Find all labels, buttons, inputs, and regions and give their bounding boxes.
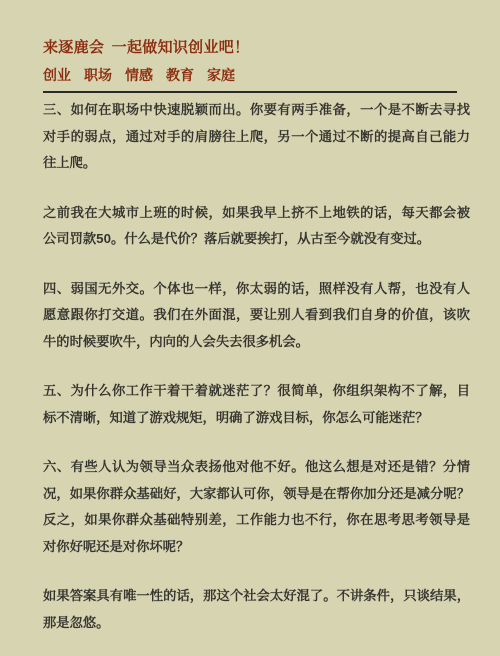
text-line: 况，如果你群众基础好，大家都认可你，领导是在帮你加分还是减分呢？ <box>43 481 470 508</box>
category-tags: 创业 职场 情感 教育 家庭 <box>43 66 500 84</box>
paragraph-5-confusion: 五、为什么你工作干着干着就迷茫了？很简单，你组织架构不了解，目 标不清晰，知道了… <box>43 378 470 431</box>
text-line: 三、如何在职场中快速脱颖而出。你要有两手准备，一个是不断去寻找 <box>43 97 470 124</box>
text-line: 之前我在大城市上班的时候，如果我早上挤不上地铁的话，每天都会被 <box>43 200 470 227</box>
paragraph-subway-fine: 之前我在大城市上班的时候，如果我早上挤不上地铁的话，每天都会被 公司罚款50。什… <box>43 200 470 253</box>
text-line: 对你好呢还是对你坏呢？ <box>43 534 470 561</box>
category-tag-qinggan: 情感 <box>125 66 153 84</box>
content-card: 来逐鹿会 一起做知识创业吧！ 创业 职场 情感 教育 家庭 三、如何在职场中快速… <box>0 0 500 656</box>
paragraph-conclusion: 如果答案具有唯一性的话，那这个社会太好混了。不讲条件，只谈结果， 那是忽悠。 <box>43 583 470 636</box>
text-line: 五、为什么你工作干着干着就迷茫了？很简单，你组织架构不了解，目 <box>43 378 470 405</box>
category-tag-chuangye: 创业 <box>43 66 71 84</box>
text-line: 四、弱国无外交。个体也一样，你太弱的话，照样没有人帮，也没有人 <box>43 276 470 303</box>
page-title: 来逐鹿会 一起做知识创业吧！ <box>43 38 500 58</box>
paragraph-6-praise: 六、有些人认为领导当众表扬他对他不好。他这么想是对还是错？分情 况，如果你群众基… <box>43 454 470 560</box>
category-tag-jiating: 家庭 <box>207 66 235 84</box>
text-line: 标不清晰，知道了游戏规矩，明确了游戏目标，你怎么可能迷茫？ <box>43 405 470 432</box>
text-line: 公司罚款50。什么是代价？落后就要挨打，从古至今就没有变过。 <box>43 226 470 253</box>
paragraph-4-weak-nation: 四、弱国无外交。个体也一样，你太弱的话，照样没有人帮，也没有人 愿意跟你打交道。… <box>43 276 470 356</box>
paragraph-3-career: 三、如何在职场中快速脱颖而出。你要有两手准备，一个是不断去寻找 对手的弱点，通过… <box>43 97 470 177</box>
article-body: 三、如何在职场中快速脱颖而出。你要有两手准备，一个是不断去寻找 对手的弱点，通过… <box>43 97 470 636</box>
category-tag-jiaoyu: 教育 <box>166 66 194 84</box>
text-line: 如果答案具有唯一性的话，那这个社会太好混了。不讲条件，只谈结果， <box>43 583 470 610</box>
header-divider <box>43 91 457 93</box>
category-tag-zhichang: 职场 <box>84 66 112 84</box>
text-line: 往上爬。 <box>43 150 470 177</box>
text-line: 牛的时候要吹牛，内向的人会失去很多机会。 <box>43 329 470 356</box>
text-line: 那是忽悠。 <box>43 610 470 637</box>
text-line: 对手的弱点，通过对手的肩膀往上爬，另一个通过不断的提高自己能力 <box>43 124 470 151</box>
text-line: 六、有些人认为领导当众表扬他对他不好。他这么想是对还是错？分情 <box>43 454 470 481</box>
text-line: 愿意跟你打交道。我们在外面混，要让别人看到我们自身的价值，该吹 <box>43 302 470 329</box>
text-line: 反之，如果你群众基础特别差，工作能力也不行，你在思考思考领导是 <box>43 507 470 534</box>
